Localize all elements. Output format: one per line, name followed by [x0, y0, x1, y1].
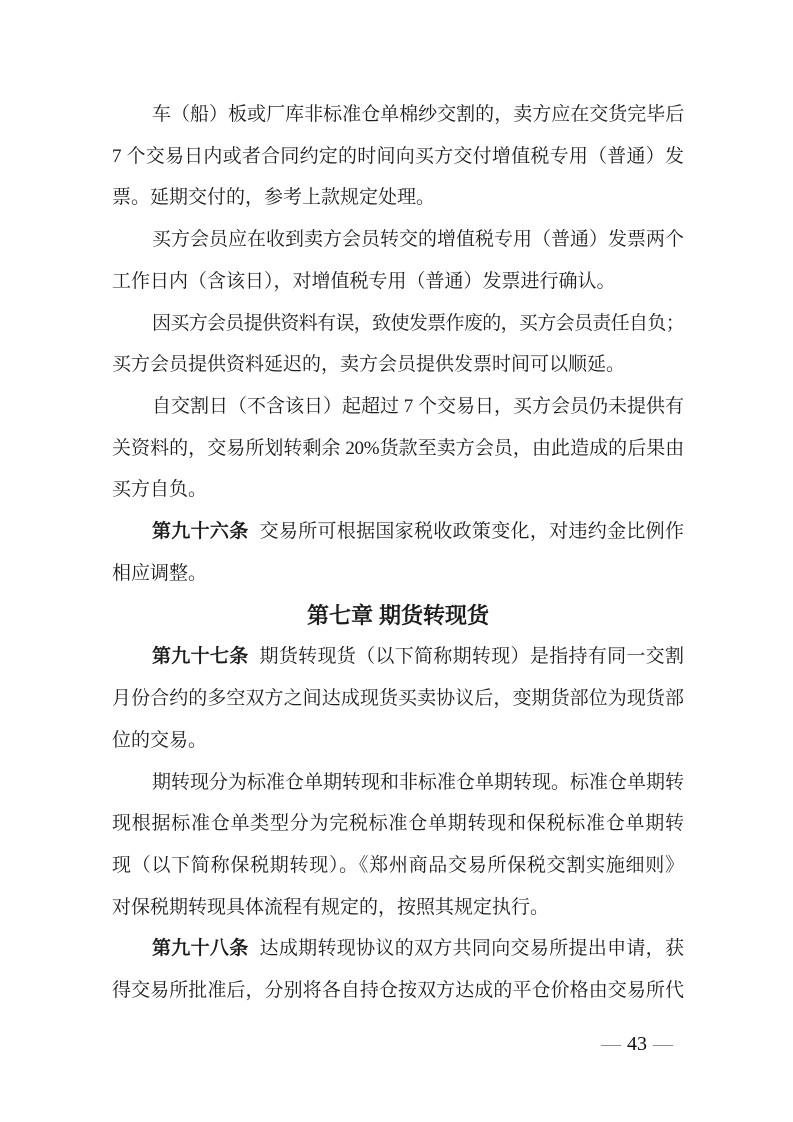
- footer-dash-right: —: [653, 1033, 673, 1055]
- page-footer: —43—: [601, 1031, 673, 1057]
- footer-dash-left: —: [601, 1033, 621, 1055]
- article-text: 交易所可根据国家税收政策变化，对违约金比例作: [260, 521, 684, 542]
- text-line: 7 个交易日内或者合同约定的时间向买方交付增值税专用（普通）发: [112, 136, 684, 178]
- text-line: 因买方会员提供资料有误，致使发票作废的，买方会员责任自负；: [112, 303, 684, 345]
- text-line: 票。延期交付的，参考上款规定处理。: [112, 177, 684, 219]
- text-line: 自交割日（不含该日）起超过 7 个交易日，买方会员仍未提供有: [112, 386, 684, 428]
- article-number: 第九十七条: [152, 646, 249, 667]
- text-line: 第九十六条交易所可根据国家税收政策变化，对违约金比例作: [112, 511, 684, 553]
- text-line: 相应调整。: [112, 553, 684, 595]
- text-line: 车（船）板或厂库非标准仓单棉纱交割的，卖方应在交货完毕后: [112, 94, 684, 136]
- text-line: 第九十八条达成期转现协议的双方共同向交易所提出申请，获: [112, 928, 684, 970]
- text-line: 第九十七条期货转现货（以下简称期转现）是指持有同一交割: [112, 636, 684, 678]
- document-body: 车（船）板或厂库非标准仓单棉纱交割的，卖方应在交货完毕后 7 个交易日内或者合同…: [112, 94, 684, 1012]
- chapter-heading: 第七章 期货转现货: [112, 595, 684, 637]
- article-number: 第九十六条: [152, 521, 249, 542]
- article-text: 达成期转现协议的双方共同向交易所提出申请，获: [260, 938, 684, 959]
- text-line: 买方会员提供资料延迟的，卖方会员提供发票时间可以顺延。: [112, 344, 684, 386]
- document-page: 车（船）板或厂库非标准仓单棉纱交割的，卖方应在交货完毕后 7 个交易日内或者合同…: [0, 0, 793, 1122]
- text-line: 得交易所批准后，分别将各自持仓按双方达成的平仓价格由交易所代: [112, 970, 684, 1012]
- text-line: 现根据标准仓单类型分为完税标准仓单期转现和保税标准仓单期转: [112, 803, 684, 845]
- text-line: 期转现分为标准仓单期转现和非标准仓单期转现。标准仓单期转: [112, 762, 684, 804]
- text-line: 位的交易。: [112, 720, 684, 762]
- article-text: 期货转现货（以下简称期转现）是指持有同一交割: [260, 646, 684, 667]
- text-line: 买方自负。: [112, 469, 684, 511]
- page-number: 43: [627, 1033, 647, 1055]
- text-line: 买方会员应在收到卖方会员转交的增值税专用（普通）发票两个: [112, 219, 684, 261]
- article-number: 第九十八条: [152, 938, 249, 959]
- text-line: 月份合约的多空双方之间达成现货买卖协议后，变期货部位为现货部: [112, 678, 684, 720]
- text-line: 现（以下简称保税期转现）。《郑州商品交易所保税交割实施细则》: [112, 845, 684, 887]
- text-line: 对保税期转现具体流程有规定的，按照其规定执行。: [112, 887, 684, 929]
- text-line: 关资料的，交易所划转剩余 20%货款至卖方会员，由此造成的后果由: [112, 428, 684, 470]
- text-line: 工作日内（含该日），对增值税专用（普通）发票进行确认。: [112, 261, 684, 303]
